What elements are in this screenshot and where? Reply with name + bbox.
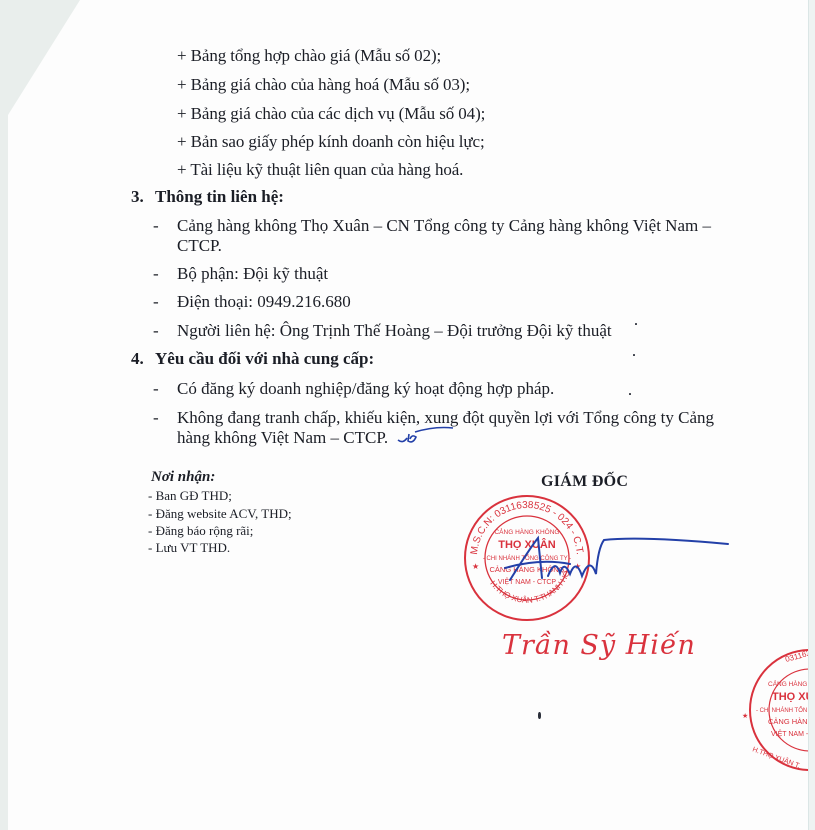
stamp-star-icon: ★ — [742, 712, 748, 720]
bullet-text: Cảng hàng không Thọ Xuân – CN Tổng công … — [177, 216, 711, 235]
stamp-line: CẢNG HÀNG K — [768, 679, 808, 688]
attachment-item: + Bảng giá chào của hàng hoá (Mẫu số 03)… — [177, 75, 470, 95]
stamp-line: - CHI NHÁNH TỔN — [756, 707, 807, 714]
bullet-text: Điện thoại: 0949.216.680 — [177, 292, 351, 312]
bullet-text-cont: CTCP. — [177, 236, 222, 255]
section-title: Thông tin liên hệ: — [155, 187, 284, 206]
bullet-text: Người liên hệ: Ông Trịnh Thế Hoàng – Đội… — [177, 321, 612, 341]
director-signature — [500, 528, 735, 598]
attachment-item: + Bảng giá chào của các dịch vụ (Mẫu số … — [177, 104, 485, 124]
dash: - — [153, 321, 159, 341]
attachment-item: + Bảng tổng hợp chào giá (Mẫu số 02); — [177, 46, 441, 66]
bullet-text-cont: hàng không Việt Nam – CTCP. — [177, 428, 388, 447]
scan-speck — [538, 712, 541, 719]
bullet-text: Bộ phận: Đội kỹ thuật — [177, 264, 328, 284]
stamp-line: CẢNG HÀNG — [768, 717, 808, 726]
section-heading-contact: 3.Thông tin liên hệ: — [131, 187, 284, 207]
signer-name: Trần Sỹ Hiến — [502, 630, 696, 661]
scan-speck — [629, 393, 631, 395]
dash: - — [153, 408, 159, 428]
section-title: Yêu cầu đối với nhà cung cấp: — [155, 349, 374, 368]
section-number: 4. — [131, 349, 155, 369]
recipient-item: - Lưu VT THD. — [148, 540, 230, 556]
dash: - — [153, 292, 159, 312]
stamp-line: THỌ XU — [772, 691, 808, 703]
attachment-item: + Bản sao giấy phép kính doanh còn hiệu … — [177, 132, 485, 152]
dash: - — [153, 216, 159, 236]
signer-position: GIÁM ĐỐC — [541, 473, 628, 491]
dash: - — [153, 264, 159, 284]
page-edge — [808, 0, 815, 830]
section-heading-requirements: 4.Yêu cầu đối với nhà cung cấp: — [131, 349, 374, 369]
recipients-title: Nơi nhận: — [151, 469, 215, 486]
stamp-outer-text: 0311638525 — [784, 648, 808, 664]
initial-mark — [395, 424, 455, 446]
recipient-item: - Ban GĐ THD; — [148, 488, 232, 504]
stamp-star-icon: ★ — [472, 562, 479, 571]
recipient-item: - Đăng website ACV, THD; — [148, 506, 292, 522]
scan-speck — [633, 354, 635, 356]
scan-speck — [635, 323, 637, 325]
dash: - — [153, 379, 159, 399]
attachment-item: + Tài liệu kỹ thuật liên quan của hàng h… — [177, 160, 463, 180]
bullet-text: Có đăng ký doanh nghiệp/đăng ký hoạt độn… — [177, 379, 554, 399]
recipient-item: - Đăng báo rộng rãi; — [148, 523, 253, 539]
section-number: 3. — [131, 187, 155, 207]
stamp-line: VIỆT NAM - — [771, 729, 808, 738]
partial-stamp: 0311638525 CẢNG HÀNG K THỌ XU - CHI NHÁN… — [738, 648, 808, 773]
